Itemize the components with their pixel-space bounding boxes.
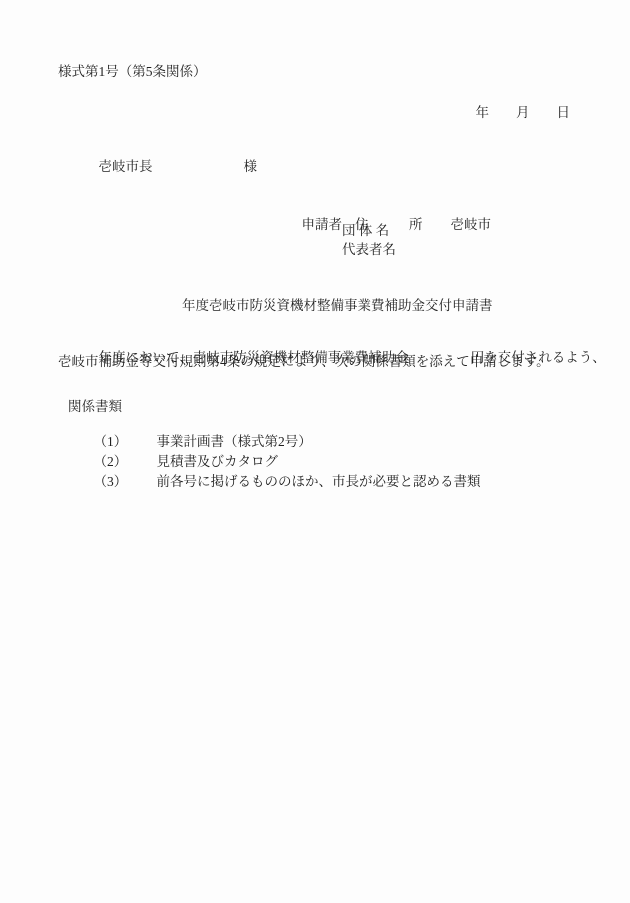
addressee-line: 壱岐市長様 (85, 146, 257, 187)
attachment-item: （3）前各号に掲げるもののほか、市長が必要と認める書類 (80, 461, 481, 502)
date-line: 年 月 日 (476, 106, 571, 120)
honorific-label: 様 (244, 159, 258, 174)
addressee-name: 壱岐市長 (99, 159, 153, 174)
applicant-address-line: 申請者住 所壱岐市 (288, 204, 491, 245)
document-title: 年度壱岐市防災資機材整備事業費補助金交付申請書 (182, 299, 493, 313)
applicant-label: 申請者 (302, 217, 343, 232)
representative-name-line: 代表者名 (342, 243, 396, 257)
attachments-heading: 関係書類 (68, 400, 122, 414)
address-value: 壱岐市 (451, 217, 492, 232)
form-number: 様式第1号（第5条関係） (58, 65, 207, 79)
form-page: 様式第1号（第5条関係） 年 月 日 壱岐市長様 申請者住 所壱岐市 団 体 名… (0, 0, 630, 903)
item-text: 前各号に掲げるもののほか、市長が必要と認める書類 (157, 474, 481, 489)
item-number: （3） (94, 475, 157, 489)
organization-name-line: 団 体 名 (342, 224, 389, 238)
body-line-2: 壱岐市補助金等交付規則第4条の規定により、次の関係書類を添えて申請します。 (58, 355, 550, 369)
